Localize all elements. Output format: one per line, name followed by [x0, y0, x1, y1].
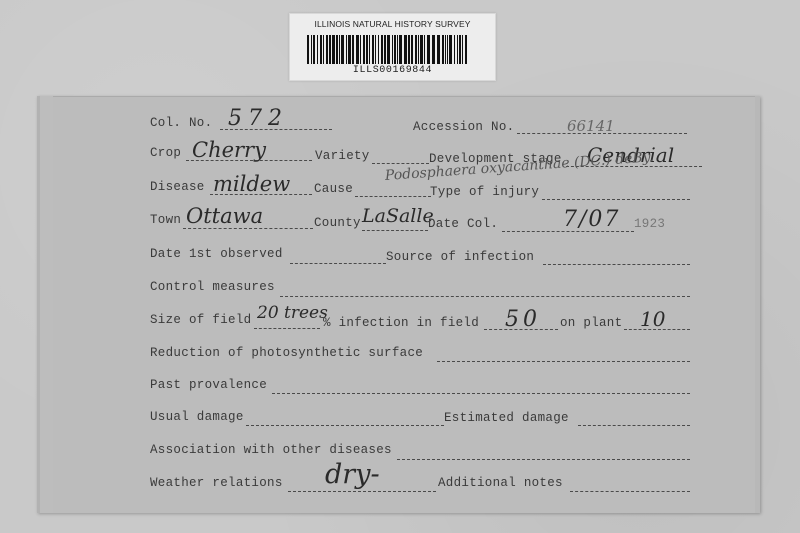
- barcode-bar: [317, 35, 318, 64]
- barcode-bar: [420, 35, 423, 64]
- date-col-year: 1923: [634, 217, 665, 231]
- barcode-bar: [449, 35, 452, 64]
- specimen-barcode-label: ILLINOIS NATURAL HISTORY SURVEY ILLS0016…: [289, 13, 496, 81]
- weather-relations-label: Weather relations: [150, 476, 283, 490]
- barcode-bar: [313, 35, 315, 64]
- barcode-bar: [339, 35, 340, 64]
- cause-line: [355, 196, 431, 197]
- cause-label: Cause: [314, 182, 353, 196]
- pct-infection-in-field-label: % infection in field: [323, 316, 479, 330]
- town-value: Ottawa: [186, 204, 263, 228]
- barcode-bar: [311, 35, 312, 64]
- size-of-field-value: 20 trees: [257, 303, 328, 323]
- barcode-bar: [369, 35, 370, 64]
- date-first-observed-line: [290, 263, 386, 264]
- barcode-bar: [392, 35, 393, 64]
- additional-notes-line: [570, 491, 690, 492]
- barcode-bar: [447, 35, 448, 64]
- barcode-bar: [332, 35, 335, 64]
- barcode-bar: [381, 35, 383, 64]
- barcode-bar: [427, 35, 430, 64]
- type-of-injury-line: [542, 199, 690, 200]
- usual-damage-label: Usual damage: [150, 410, 244, 424]
- type-of-injury-label: Type of injury: [430, 185, 539, 199]
- barcode-bar: [424, 35, 425, 64]
- barcode-bar: [352, 35, 354, 64]
- on-plant-value: 10: [640, 307, 665, 331]
- barcode-bar: [459, 35, 461, 64]
- barcode-bar: [356, 35, 359, 64]
- variety-line: [372, 163, 429, 164]
- barcode-bar: [372, 35, 374, 64]
- county-value: LaSalle: [362, 205, 434, 227]
- barcode-bar: [457, 35, 458, 64]
- size-of-field-line: [254, 328, 320, 329]
- barcode: [307, 35, 473, 64]
- barcode-bar: [437, 35, 440, 64]
- barcode-bar: [384, 35, 386, 64]
- past-prevalence-label: Past provalence: [150, 378, 267, 392]
- barcode-bar: [404, 35, 407, 64]
- pct-infection-in-field-value: 50: [505, 307, 541, 332]
- barcode-bar: [346, 35, 347, 64]
- control-measures-line: [280, 296, 690, 297]
- barcode-bar: [336, 35, 338, 64]
- barcode-bar: [323, 35, 324, 64]
- estimated-damage-label: Estimated damage: [444, 411, 569, 425]
- barcode-bar: [366, 35, 368, 64]
- accession-no-value: 66141: [567, 117, 615, 135]
- date-first-observed-label: Date 1st observed: [150, 247, 283, 261]
- col-no-label: Col. No.: [150, 116, 212, 130]
- barcode-bar: [418, 35, 419, 64]
- institution-name: ILLINOIS NATURAL HISTORY SURVEY: [290, 19, 495, 29]
- barcode-bar: [329, 35, 331, 64]
- association-other-diseases-line: [397, 459, 690, 460]
- county-line: [362, 230, 428, 231]
- barcode-bar: [411, 35, 413, 64]
- control-measures-label: Control measures: [150, 280, 275, 294]
- variety-label: Variety: [315, 149, 370, 163]
- barcode-bar: [363, 35, 365, 64]
- disease-label: Disease: [150, 180, 205, 194]
- town-label: Town: [150, 213, 181, 227]
- town-line: [183, 228, 313, 229]
- on-plant-label: on plant: [560, 316, 622, 330]
- weather-relations-value: dry-: [325, 459, 380, 490]
- barcode-bar: [375, 35, 376, 64]
- past-prevalence-line: [272, 393, 690, 394]
- county-label: County: [314, 216, 361, 230]
- col-no-value: 572: [228, 106, 288, 131]
- barcode-bar: [326, 35, 328, 64]
- reduction-photosynthetic-line: [437, 361, 690, 362]
- estimated-damage-line: [578, 425, 690, 426]
- barcode-bar: [378, 35, 379, 64]
- crop-label: Crop: [150, 146, 181, 160]
- weather-relations-line: [288, 491, 436, 492]
- barcode-bar: [360, 35, 361, 64]
- accession-no-label: Accession No.: [413, 120, 514, 134]
- source-of-infection-line: [543, 264, 690, 265]
- barcode-bar: [442, 35, 444, 64]
- barcode-bar: [397, 35, 398, 64]
- date-col-value: 7/07: [563, 207, 620, 232]
- size-of-field-label: Size of field: [150, 313, 251, 327]
- barcode-bar: [307, 35, 309, 64]
- date-col-label: Date Col.: [428, 217, 498, 231]
- barcode-bar: [341, 35, 344, 64]
- barcode-bar: [465, 35, 467, 64]
- disease-value: mildew: [213, 172, 290, 196]
- additional-notes-label: Additional notes: [438, 476, 563, 490]
- barcode-bar: [454, 35, 455, 64]
- usual-damage-line: [246, 425, 444, 426]
- barcode-bar: [394, 35, 396, 64]
- source-of-infection-label: Source of infection: [386, 250, 534, 264]
- barcode-bar: [432, 35, 435, 64]
- crop-value: Cherry: [192, 138, 266, 162]
- barcode-bar: [399, 35, 402, 64]
- barcode-bar: [320, 35, 322, 64]
- barcode-bar: [415, 35, 417, 64]
- barcode-bar: [445, 35, 446, 64]
- association-other-diseases-label: Association with other diseases: [150, 443, 392, 457]
- barcode-bar: [408, 35, 410, 64]
- barcode-bar: [462, 35, 463, 64]
- reduction-photosynthetic-label: Reduction of photosynthetic surface: [150, 346, 423, 360]
- barcode-bar: [387, 35, 390, 64]
- barcode-bar: [348, 35, 351, 64]
- barcode-id: ILLS00169844: [290, 65, 495, 76]
